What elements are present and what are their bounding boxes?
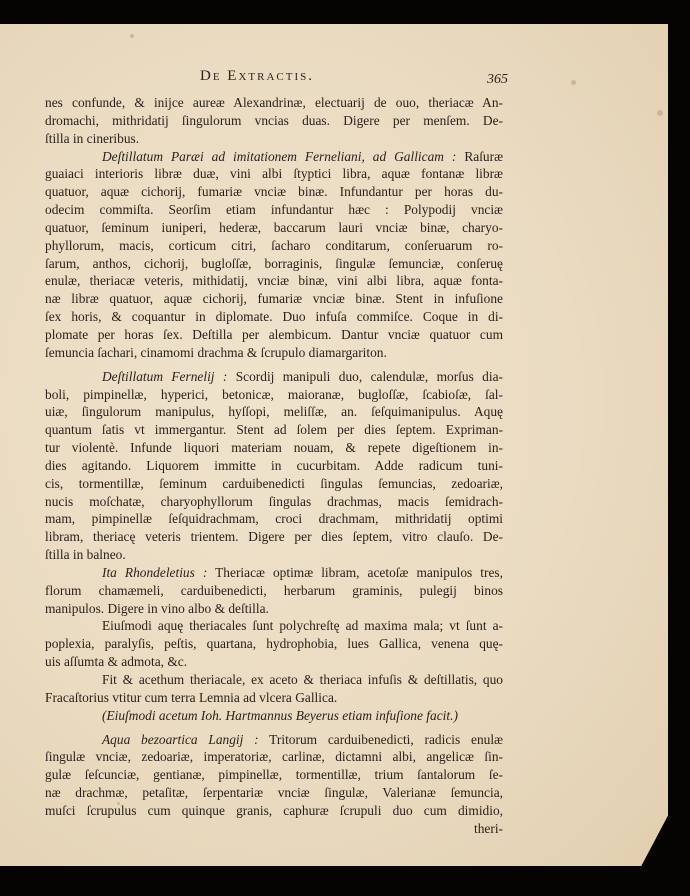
text-line: Deſtillatum Fernelij : Scordij manipuli … bbox=[45, 368, 503, 386]
text-line: theri- bbox=[45, 820, 503, 838]
text-line: phyllorum, macis, corticum citri, ſachar… bbox=[45, 237, 503, 255]
text-line: Deſtillatum Paræi ad imitationem Ferneli… bbox=[45, 148, 503, 166]
text-line: næ libræ quatuor, aquæ cichorij, fumariæ… bbox=[45, 290, 503, 308]
text-line: Fracaſtorius vtitur cum terra Lemnia ad … bbox=[45, 689, 503, 707]
text-line: mam, pimpinellæ ſeſquidrachmam, croci dr… bbox=[45, 510, 503, 528]
line-text: Fracaſtorius vtitur cum terra Lemnia ad … bbox=[45, 690, 337, 705]
text-line: quantum ſatis vt immergantur. Stent ad ſ… bbox=[45, 421, 503, 439]
text-line: odecim commiſta. Seorſim etiam infundant… bbox=[45, 201, 503, 219]
recipe-title: Ita Rhondeletius : bbox=[102, 565, 207, 580]
text-line: libram, theriacę veteris trientem. Diger… bbox=[45, 528, 503, 546]
line-text: boli, pimpinellæ, hyperici, betonicæ, ma… bbox=[45, 387, 503, 402]
line-text: muſci ſcrupulus cum quinque granis, caph… bbox=[45, 803, 503, 818]
line-text: Fit & acethum theriacale, ex aceto & the… bbox=[102, 672, 503, 687]
line-text: ſingulæ vnciæ, zedoariæ, imperatoriæ, ca… bbox=[45, 749, 503, 764]
line-text: uiæ, ſingulorum manipulus, hyſſopi, meli… bbox=[45, 404, 503, 419]
text-line: dies agitando. Liquorem immitte in cucur… bbox=[45, 457, 503, 475]
text-line: plomate per horas ſex. Deſtilla per alem… bbox=[45, 326, 503, 344]
text-line: Eiuſmodi aquę theriacales ſunt polychreſ… bbox=[45, 617, 503, 635]
text-line: Fit & acethum theriacale, ex aceto & the… bbox=[45, 671, 503, 689]
line-text: næ libræ quatuor, aquæ cichorij, fumariæ… bbox=[45, 291, 503, 306]
body-text: nes confunde, & inijce aureæ Alexandrinæ… bbox=[45, 94, 503, 838]
text-line: poplexia, paralyſis, peſtis, quartana, h… bbox=[45, 635, 503, 653]
line-text: quatuor, ſeminum iuniperi, hederæ, bacca… bbox=[45, 220, 503, 235]
line-text: libram, theriacę veteris trientem. Diger… bbox=[45, 529, 503, 544]
text-line: muſci ſcrupulus cum quinque granis, caph… bbox=[45, 802, 503, 820]
text-line: ſtilla in cineribus. bbox=[45, 130, 503, 148]
line-text: florum chamæmeli, carduibenedicti, herba… bbox=[45, 583, 503, 598]
line-text: enulæ, theriacæ veteris, mithidatij, vnc… bbox=[45, 273, 503, 288]
text-line: ſtilla in balneo. bbox=[45, 546, 503, 564]
line-text: quantum ſatis vt immergantur. Stent ad ſ… bbox=[45, 422, 503, 437]
line-text: ſarum, anthos, cichorij, bugloſſæ, borra… bbox=[45, 256, 503, 271]
recipe-title: Aqua bezoartica Langij : bbox=[102, 732, 259, 747]
line-text: nucis moſchatæ, charyophyllorum ſingulas… bbox=[45, 494, 503, 509]
line-text: odecim commiſta. Seorſim etiam infundant… bbox=[45, 202, 503, 217]
text-line: dromachi, mithridatij ſingulorum vncias … bbox=[45, 112, 503, 130]
text-line: enulæ, theriacæ veteris, mithidatij, vnc… bbox=[45, 272, 503, 290]
text-line: tur violentè. Infunde liquori materiam n… bbox=[45, 439, 503, 457]
line-text: plomate per horas ſex. Deſtilla per alem… bbox=[45, 327, 503, 342]
line-text: Eiuſmodi aquę theriacales ſunt polychreſ… bbox=[102, 618, 503, 633]
line-text: Raſuræ bbox=[456, 149, 503, 164]
line-text: ſex horis, & coquantur in diplomate. Duo… bbox=[45, 309, 503, 324]
text-line: Aqua bezoartica Langij : Tritorum cardui… bbox=[45, 731, 503, 749]
text-line: florum chamæmeli, carduibenedicti, herba… bbox=[45, 582, 503, 600]
recipe-title: (Eiuſmodi acetum Ioh. Hartmannus Beyerus… bbox=[102, 708, 458, 723]
text-line: boli, pimpinellæ, hyperici, betonicæ, ma… bbox=[45, 386, 503, 404]
line-text: phyllorum, macis, corticum citri, ſachar… bbox=[45, 238, 503, 253]
paper-stain bbox=[130, 34, 134, 38]
text-line: gulæ ſeſcunciæ, gentianæ, pimpinellæ, to… bbox=[45, 766, 503, 784]
line-text: nes confunde, & inijce aureæ Alexandrinæ… bbox=[45, 95, 503, 110]
text-line: nes confunde, & inijce aureæ Alexandrinæ… bbox=[45, 94, 503, 112]
text-line: ſarum, anthos, cichorij, bugloſſæ, borra… bbox=[45, 255, 503, 273]
text-line: cis, tormentillæ, ſeminum carduibenedict… bbox=[45, 475, 503, 493]
text-line: Ita Rhondeletius : Theriacæ optimæ libra… bbox=[45, 564, 503, 582]
line-text: manipulos. Digere in vino albo & deſtill… bbox=[45, 601, 269, 616]
line-text: guaiaci interioris libræ duæ, vini albi … bbox=[45, 166, 503, 181]
line-text: poplexia, paralyſis, peſtis, quartana, h… bbox=[45, 636, 503, 651]
page-number: 365 bbox=[487, 72, 508, 88]
line-text: tur violentè. Infunde liquori materiam n… bbox=[45, 440, 503, 455]
paper-stain bbox=[657, 110, 663, 116]
line-text: dromachi, mithridatij ſingulorum vncias … bbox=[45, 113, 503, 128]
text-line: (Eiuſmodi acetum Ioh. Hartmannus Beyerus… bbox=[45, 707, 503, 725]
line-text: gulæ ſeſcunciæ, gentianæ, pimpinellæ, to… bbox=[45, 767, 503, 782]
paper-stain bbox=[571, 80, 576, 85]
text-line: uis aſſumta & admota, &c. bbox=[45, 653, 503, 671]
running-title: De Extractis. bbox=[200, 68, 314, 85]
line-text: dies agitando. Liquorem immitte in cucur… bbox=[45, 458, 503, 473]
text-line: quatuor, aquæ cichorij, fumariæ vnciæ bi… bbox=[45, 183, 503, 201]
line-text: Tritorum carduibenedicti, radicis enulæ bbox=[259, 732, 503, 747]
text-line: nucis moſchatæ, charyophyllorum ſingulas… bbox=[45, 493, 503, 511]
line-text: næ drachmæ, petaſitæ, ſerpentariæ vnciæ … bbox=[45, 785, 503, 800]
text-line: ſex horis, & coquantur in diplomate. Duo… bbox=[45, 308, 503, 326]
text-line: uiæ, ſingulorum manipulus, hyſſopi, meli… bbox=[45, 403, 503, 421]
line-text: ſemuncia ſachari, cinamomi drachma & ſcr… bbox=[45, 345, 387, 360]
recipe-title: Deſtillatum Fernelij : bbox=[102, 369, 227, 384]
text-line: guaiaci interioris libræ duæ, vini albi … bbox=[45, 165, 503, 183]
line-text: cis, tormentillæ, ſeminum carduibenedict… bbox=[45, 476, 503, 491]
book-page: De Extractis. 365 nes confunde, & inijce… bbox=[0, 24, 668, 866]
line-text: Theriacæ optimæ libram, acetoſæ manipulo… bbox=[207, 565, 503, 580]
line-text: ſtilla in balneo. bbox=[45, 547, 126, 562]
line-text: Scordij manipuli duo, calendulæ, morſus … bbox=[227, 369, 503, 384]
text-line: næ drachmæ, petaſitæ, ſerpentariæ vnciæ … bbox=[45, 784, 503, 802]
text-line: manipulos. Digere in vino albo & deſtill… bbox=[45, 600, 503, 618]
text-line: quatuor, ſeminum iuniperi, hederæ, bacca… bbox=[45, 219, 503, 237]
recipe-title: Deſtillatum Paræi ad imitationem Ferneli… bbox=[102, 149, 456, 164]
text-line: ſingulæ vnciæ, zedoariæ, imperatoriæ, ca… bbox=[45, 748, 503, 766]
line-text: uis aſſumta & admota, &c. bbox=[45, 654, 187, 669]
line-text: ſtilla in cineribus. bbox=[45, 131, 139, 146]
line-text: mam, pimpinellæ ſeſquidrachmam, croci dr… bbox=[45, 511, 503, 526]
text-line: ſemuncia ſachari, cinamomi drachma & ſcr… bbox=[45, 344, 503, 362]
line-text: quatuor, aquæ cichorij, fumariæ vnciæ bi… bbox=[45, 184, 503, 199]
line-text: theri- bbox=[474, 821, 503, 836]
